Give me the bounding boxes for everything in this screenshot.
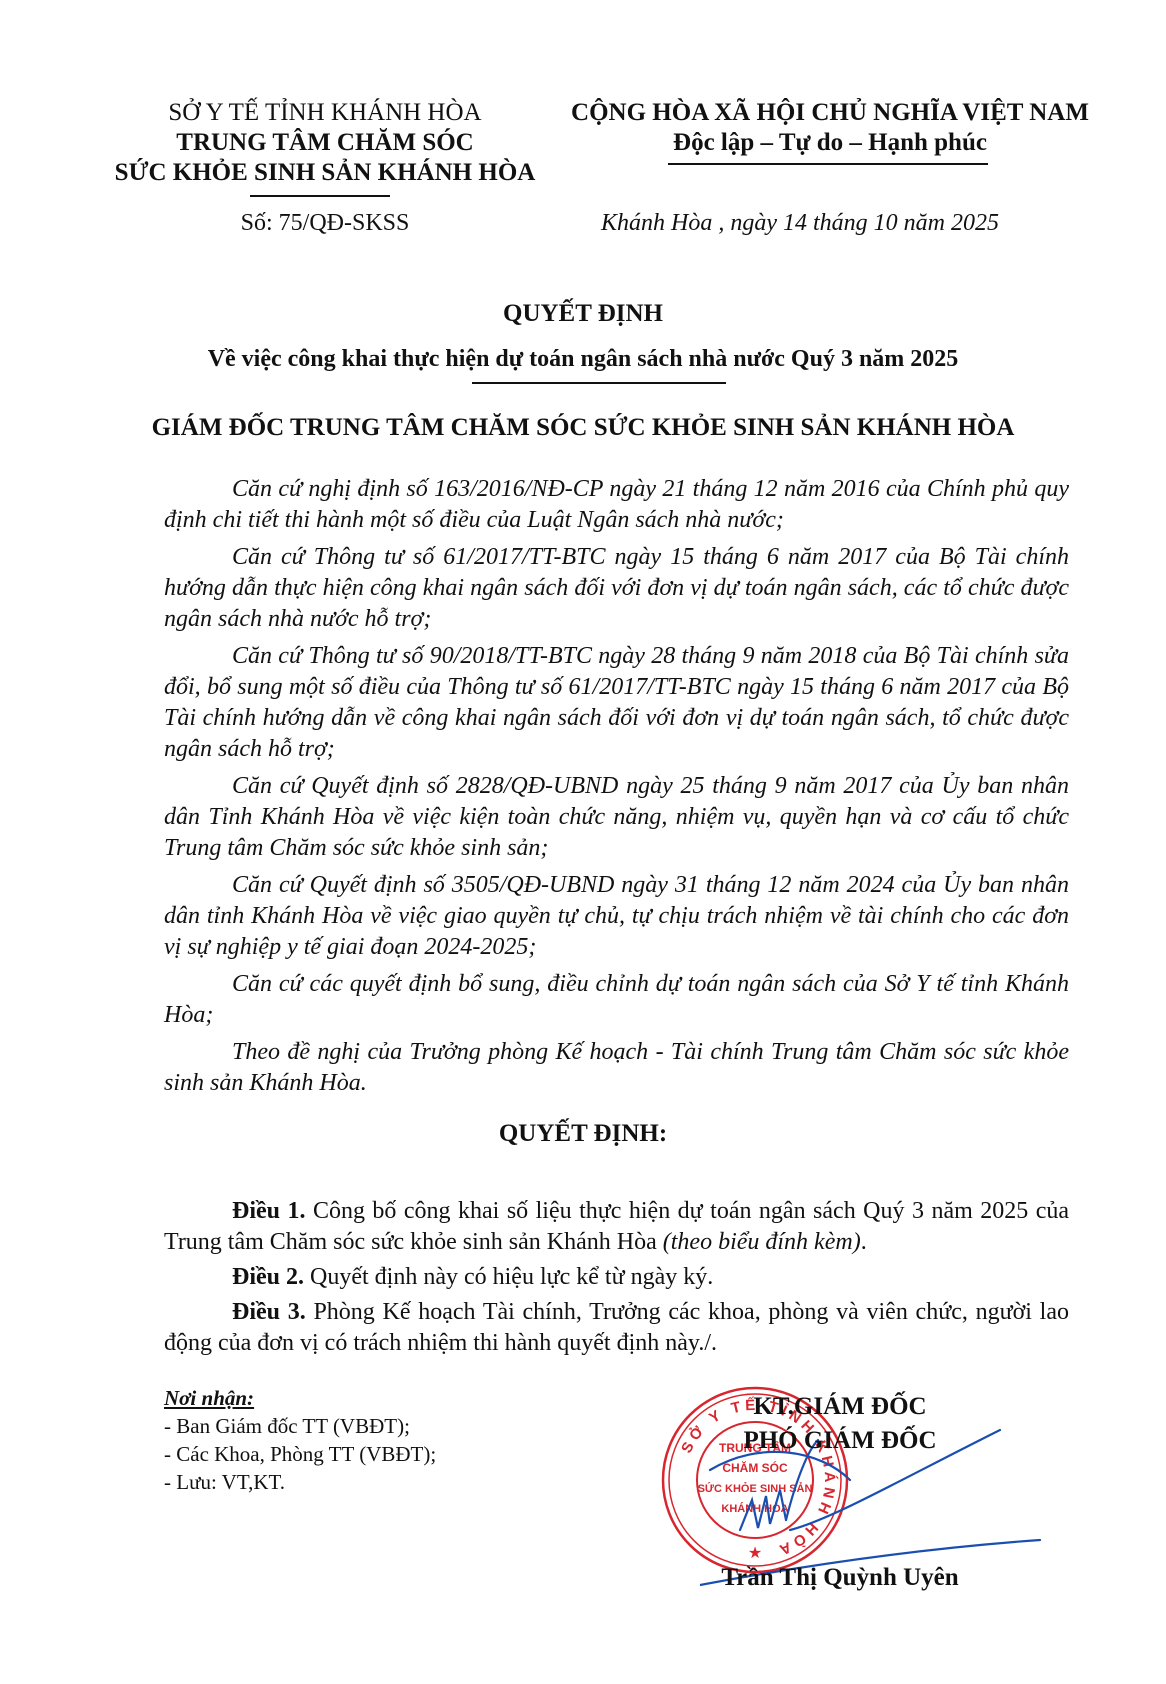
- legal-basis: Căn cứ Quyết định số 3505/QĐ-UBND ngày 3…: [164, 870, 1069, 963]
- document-subject: Về việc công khai thực hiện dự toán ngân…: [0, 346, 1166, 373]
- agency-underline: [250, 195, 390, 197]
- signer-name: Trần Thị Quỳnh Uyên: [650, 1564, 1030, 1592]
- article-note: (theo biểu đính kèm): [663, 1229, 861, 1255]
- articles: Điều 1. Công bố công khai số liệu thực h…: [164, 1196, 1069, 1363]
- recipients-heading: Nơi nhận:: [164, 1384, 544, 1412]
- subject-underline: [472, 382, 726, 384]
- article-end: .: [861, 1229, 867, 1255]
- national-header-block: CỘNG HÒA XÃ HỘI CHỦ NGHĨA VIỆT NAM Độc l…: [560, 98, 1100, 158]
- article-text: Quyết định này có hiệu lực kể từ ngày ký…: [304, 1264, 713, 1290]
- article-1: Điều 1. Công bố công khai số liệu thực h…: [164, 1196, 1069, 1258]
- recipient-item: - Các Khoa, Phòng TT (VBĐT);: [164, 1440, 544, 1468]
- signature-title-line2: PHÓ GIÁM ĐỐC: [650, 1424, 1030, 1458]
- legal-basis: Căn cứ Thông tư số 61/2017/TT-BTC ngày 1…: [164, 542, 1069, 635]
- agency-name-line1: TRUNG TÂM CHĂM SÓC: [100, 128, 550, 158]
- document-number: Số: 75/QĐ-SKSS: [100, 210, 550, 237]
- national-title: CỘNG HÒA XÃ HỘI CHỦ NGHĨA VIỆT NAM: [560, 98, 1100, 128]
- signature-title-line1: KT.GIÁM ĐỐC: [650, 1390, 1030, 1424]
- place-date: Khánh Hòa , ngày 14 tháng 10 năm 2025: [560, 210, 1040, 237]
- recipient-item: - Lưu: VT,KT.: [164, 1468, 544, 1496]
- article-label: Điều 3.: [232, 1299, 306, 1325]
- document-type: QUYẾT ĐỊNH: [0, 300, 1166, 328]
- national-motto: Độc lập – Tự do – Hạnh phúc: [560, 128, 1100, 158]
- issuing-agency-block: SỞ Y TẾ TỈNH KHÁNH HÒA TRUNG TÂM CHĂM SÓ…: [100, 98, 550, 188]
- recipients-block: Nơi nhận: - Ban Giám đốc TT (VBĐT); - Cá…: [164, 1384, 544, 1496]
- preamble: Căn cứ nghị định số 163/2016/NĐ-CP ngày …: [164, 474, 1069, 1105]
- signature-title-block: KT.GIÁM ĐỐC PHÓ GIÁM ĐỐC: [650, 1390, 1030, 1458]
- issuing-authority: GIÁM ĐỐC TRUNG TÂM CHĂM SÓC SỨC KHỎE SIN…: [0, 414, 1166, 442]
- legal-basis: Căn cứ Quyết định số 2828/QĐ-UBND ngày 2…: [164, 771, 1069, 864]
- legal-basis: Căn cứ nghị định số 163/2016/NĐ-CP ngày …: [164, 474, 1069, 536]
- article-label: Điều 1.: [232, 1198, 305, 1224]
- parent-agency: SỞ Y TẾ TỈNH KHÁNH HÒA: [100, 98, 550, 128]
- legal-basis: Theo đề nghị của Trưởng phòng Kế hoạch -…: [164, 1037, 1069, 1099]
- motto-underline: [668, 163, 988, 165]
- article-2: Điều 2. Quyết định này có hiệu lực kể từ…: [164, 1262, 1069, 1293]
- recipient-item: - Ban Giám đốc TT (VBĐT);: [164, 1412, 544, 1440]
- legal-basis: Căn cứ Thông tư số 90/2018/TT-BTC ngày 2…: [164, 641, 1069, 765]
- article-3: Điều 3. Phòng Kế hoạch Tài chính, Trưởng…: [164, 1297, 1069, 1359]
- agency-name-line2: SỨC KHỎE SINH SẢN KHÁNH HÒA: [100, 158, 550, 188]
- decision-heading: QUYẾT ĐỊNH:: [0, 1120, 1166, 1148]
- legal-basis: Căn cứ các quyết định bổ sung, điều chỉn…: [164, 969, 1069, 1031]
- article-label: Điều 2.: [232, 1264, 304, 1290]
